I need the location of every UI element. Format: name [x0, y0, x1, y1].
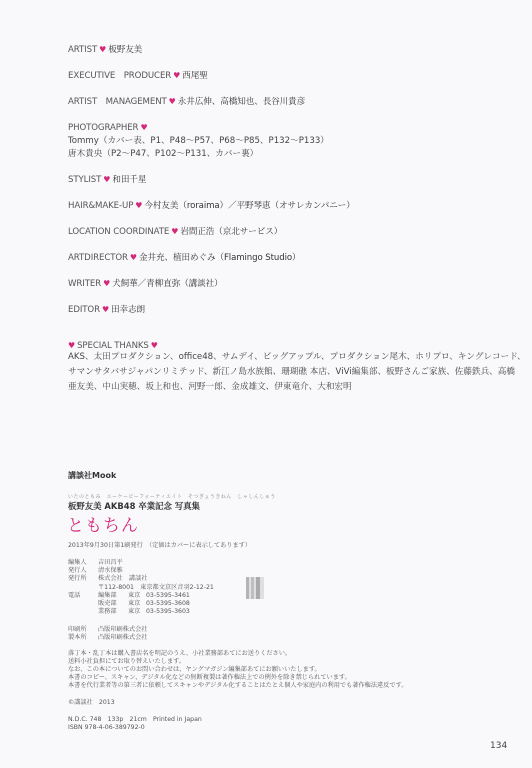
copyright: ©講談社 2013 [68, 699, 115, 708]
heart-icon: ♥ [103, 279, 110, 288]
phone-dept: 業務部 [98, 608, 128, 617]
credit-stylist: STYLIST♥和田千星 [68, 174, 146, 186]
photographer-line: 唐木貴央（P2～P47、P102～P131、カバー裏） [68, 148, 258, 160]
staff-value: 清水保雅 [98, 567, 123, 574]
credit-role: PHOTOGRAPHER [68, 123, 138, 133]
credit-role: HAIR&MAKE-UP [68, 201, 133, 211]
phone-business: 業務部東京03-5395-3603 [68, 608, 190, 617]
special-thanks-list: AKS、太田プロダクション、office48、サムデイ、ビッグアップル、プロダク… [68, 350, 508, 395]
thanks-line: AKS、太田プロダクション、office48、サムデイ、ビッグアップル、プロダク… [68, 350, 508, 365]
book-credits-page: ARTIST♥板野友美 EXECUTIVE PRODUCER♥西尾聖 ARTIS… [0, 0, 532, 768]
heart-icon: ♥ [103, 175, 110, 184]
credit-role: LOCATION COORDINATE [68, 227, 169, 237]
binder-value: 凸版印刷株式会社 [98, 634, 148, 641]
printer-value: 凸版印刷株式会社 [98, 626, 148, 633]
staff-label: 発行所 [68, 575, 98, 584]
heart-icon: ♥ [171, 227, 178, 236]
heart-icon: ♥ [169, 97, 176, 106]
heart-icon: ♥ [99, 45, 106, 54]
thanks-line: 亜友美、中山実穂、坂上和也、河野一郎、金成雄文、伊東竜介、大和宏明 [68, 380, 508, 395]
credit-name: 岩間正浩（京北サービス） [180, 227, 282, 237]
credit-executive-producer: EXECUTIVE PRODUCER♥西尾聖 [68, 70, 208, 82]
title-ruby: いたのともみ エーケービーフォーティエイト そつぎょうきねん しゃしんしゅう [68, 493, 276, 500]
credit-role: EDITOR [68, 305, 100, 315]
issue-date: 2013年9月30日第1刷発行 （定価はカバーに表示してあります） [68, 542, 251, 551]
credit-hair-makeup: HAIR&MAKE-UP♥今村友美（roraima）／平野琴恵（オサレカンパニー… [68, 200, 355, 212]
heart-icon: ♥ [173, 71, 180, 80]
heart-icon: ♥ [102, 305, 109, 314]
credit-role: EXECUTIVE PRODUCER [68, 71, 171, 81]
credit-name: 永井広伸、高橋知也、長谷川貴彦 [178, 97, 305, 107]
phone-city: 東京 [128, 608, 146, 617]
heart-icon: ♥ [151, 341, 158, 350]
notice-line: 本書を代行業者等の第三者に依頼してスキャンやデジタル化することはたとえ個人や家庭… [68, 682, 407, 691]
credit-role: WRITER [68, 279, 101, 289]
credit-photographer: PHOTOGRAPHER♥ [68, 122, 150, 134]
credit-role: STYLIST [68, 175, 101, 185]
credit-name: 西尾聖 [182, 71, 207, 81]
credit-writer: WRITER♥犬飼華／青柳直弥（講談社） [68, 278, 223, 290]
binder: 製本所凸版印刷株式会社 [68, 634, 148, 643]
publisher-series: 講談社Mook [68, 470, 116, 481]
credit-role: ARTIST [68, 45, 97, 55]
credit-role: ARTDIRECTOR [68, 253, 128, 263]
staff-value: 吉田昌平 [98, 559, 123, 566]
phone-number: 03-5395-3608 [146, 600, 190, 607]
heart-icon: ♥ [140, 123, 147, 132]
credit-editor: EDITOR♥田幸志朗 [68, 304, 145, 316]
credit-name: 犬飼華／青柳直弥（講談社） [112, 279, 222, 289]
credit-name: 板野友美 [108, 45, 142, 55]
credit-location-coordinate: LOCATION COORDINATE♥岩間正浩（京北サービス） [68, 226, 282, 238]
credit-name: 田幸志朗 [111, 305, 145, 315]
credit-artist: ARTIST♥板野友美 [68, 44, 142, 56]
staff-value: 株式会社 講談社 [98, 575, 148, 582]
credit-name: 金井充、植田めぐみ（Flamingo Studio） [139, 253, 301, 263]
thanks-line: サマンサタバサジャパンリミテッド、新江ノ島水族館、珊瑚礁 本店、ViVi編集部、… [68, 365, 508, 380]
credit-role: ARTIST MANAGEMENT [68, 97, 167, 107]
photographer-line: Tommy（カバー表、P1、P48～P57、P68～P85、P132～P133） [68, 135, 329, 147]
credit-art-director: ARTDIRECTOR♥金井充、植田めぐみ（Flamingo Studio） [68, 252, 301, 264]
staff-publishing-house: 発行所株式会社 講談社 [68, 575, 148, 584]
credit-artist-management: ARTIST MANAGEMENT♥永井広伸、高橋知也、長谷川貴彦 [68, 96, 305, 108]
page-number: 134 [490, 741, 507, 751]
heart-icon: ♥ [135, 201, 142, 210]
heart-icon: ♥ [68, 341, 75, 350]
binder-label: 製本所 [68, 634, 98, 643]
credit-name: 和田千星 [112, 175, 146, 185]
heart-icon: ♥ [130, 253, 137, 262]
qr-code-image [246, 577, 264, 599]
book-title: ともちん [67, 511, 139, 536]
phone-number: 03-5395-3603 [146, 608, 190, 615]
isbn: ISBN 978-4-06-389792-0 [68, 724, 145, 733]
credit-name: 今村友美（roraima）／平野琴恵（オサレカンパニー） [144, 201, 354, 211]
phone-number: 03-5395-3461 [146, 592, 190, 599]
